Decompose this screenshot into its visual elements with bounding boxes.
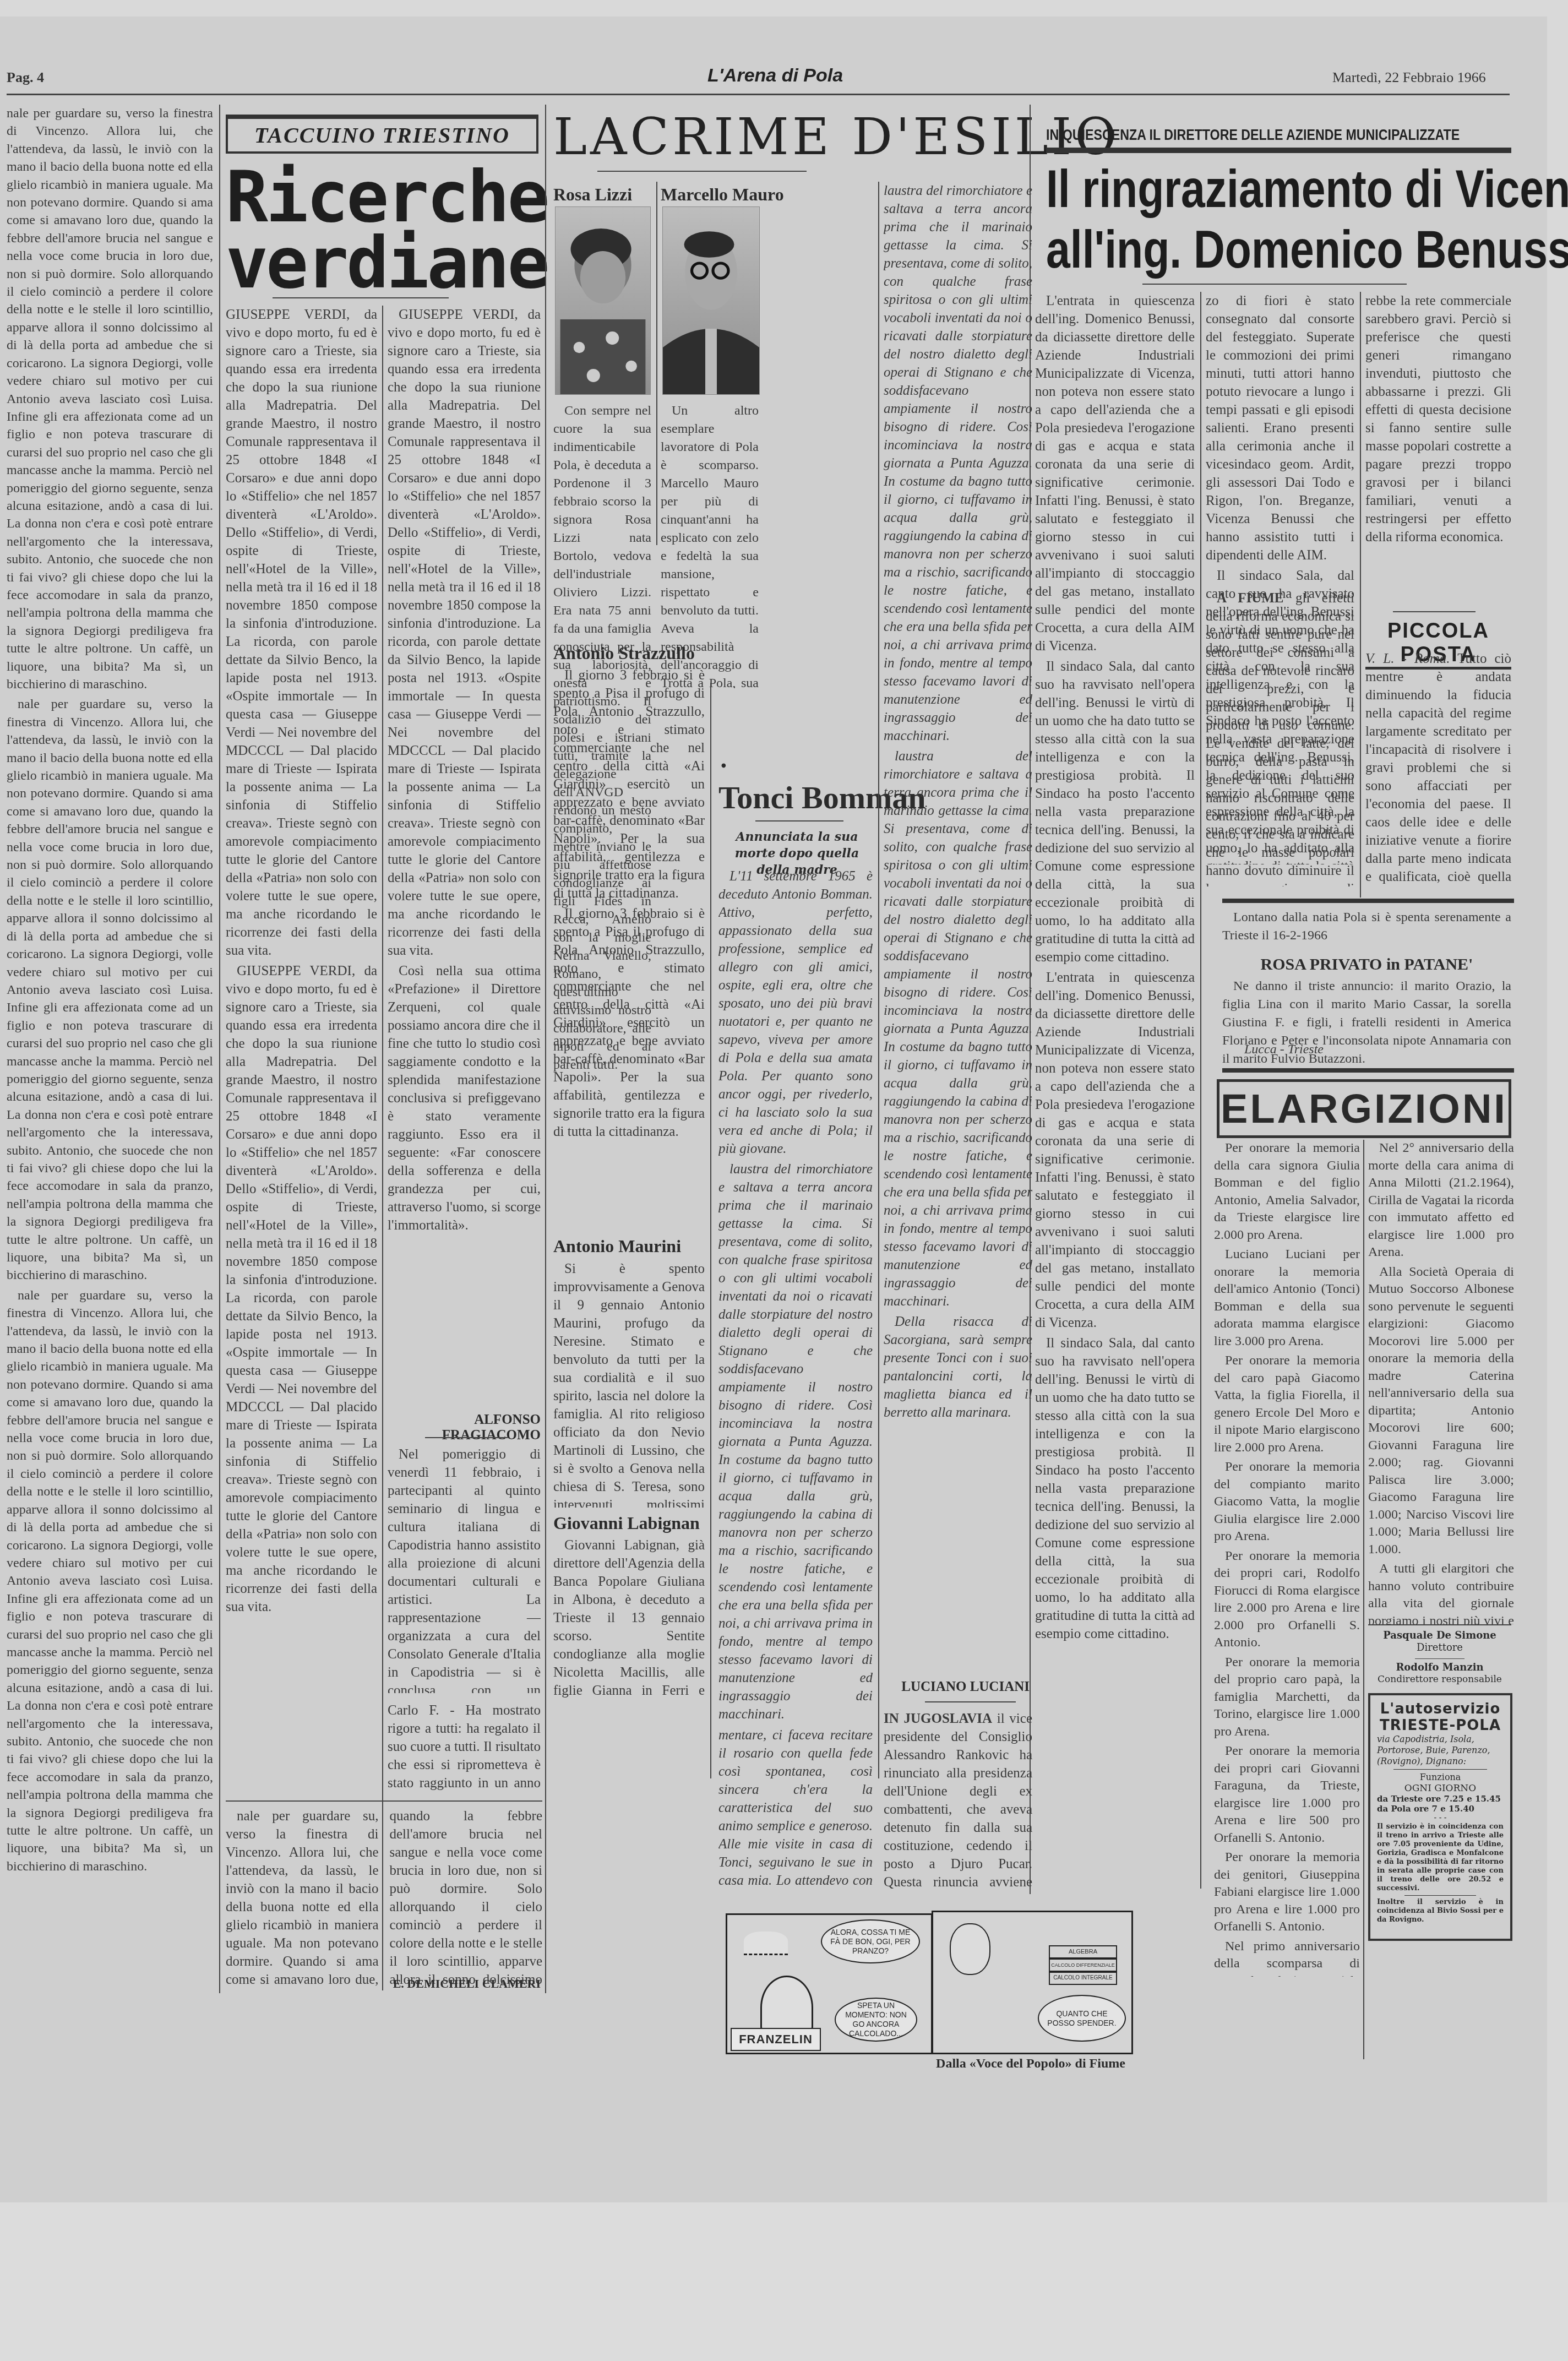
death-notice-intro: Lontano dalla natia Pola si è spenta ser… [1222,909,1511,947]
column-rule [1200,292,1201,1889]
thick-rule [1222,1068,1514,1073]
seminario-text: Nel pomeriggio di venerdì 11 febbraio, i… [388,1445,541,1693]
obit-heading-maurini: Antonio Maurini [553,1236,681,1256]
ad-title-2: TRIESTE-POLA [1377,1717,1504,1734]
tonci-bomman-end: mentare, ci faceva recitare il rosario c… [718,1726,873,1886]
obit-maurini: Si è spento improvvisamente a Genova il … [553,1260,705,1508]
column-rule [710,683,711,1778]
byline-luciani: LUCIANO LUCIANI [884,1679,1030,1695]
speech-bubble-3: QUANTO CHE POSSO SPENDER. [1038,1995,1126,2042]
headline-ricerche: Ricerche [226,165,548,230]
book-calcolo-integrale: CALCOLO INTEGRALE [1049,1972,1117,1985]
section-rule [226,1800,542,1802]
photo-marcello-mauro [662,206,760,395]
director-role: Direttore [1368,1642,1511,1653]
comic-signature: FRANZELIN [731,2028,821,2051]
speech-bubble-1: ALORA, COSSA TI ME FÀ DE BON, OGI, PER P… [821,1919,920,1963]
co-director-name: Rodolfo Manzin [1368,1662,1511,1673]
book-calcolo-differenziale: CALCOLO DIFFERENZIALE [1049,1959,1117,1972]
section-rule [1415,1658,1464,1659]
headline-rule [273,297,449,298]
photo-rosa-lizzi [555,206,651,395]
director-name: Pasquale De Simone [1368,1630,1511,1642]
headline-ringraziamento: Il ringraziamento di Vicenza [1046,160,1568,219]
death-notice-place: Lucca - Trieste [1244,1041,1464,1059]
thick-rule [1046,148,1511,153]
obit-heading-labignan: Giovanni Labignan [553,1513,700,1533]
story-continuation: nale per guardare su, verso la finestra … [7,105,213,1993]
comic-caption: Dalla «Voce del Popolo» di Fiume [932,2057,1130,2071]
page-number: Pag. 4 [7,69,44,86]
story-continuation-filler: nale per guardare su, verso la finestra … [7,695,213,1284]
section-kicker-taccuino: TACCUINO TRIESTINO [226,115,538,154]
tonci-bomman-text: L'11 settembre 1965 è deceduto Antonio B… [718,867,873,1726]
column-rule [878,182,879,1778]
death-notice-name: ROSA PRIVATO in PATANE' [1222,955,1511,974]
masthead: L'Arena di Pola [707,65,843,86]
column-rule [656,182,657,545]
taccuino-col1: GIUSEPPE VERDI, da vivo e dopo morto, fu… [226,306,377,1803]
column-rule [1030,105,1031,1894]
ad-note-1: Il servizio è in coincidenza con il tren… [1377,1823,1504,1893]
ad-title-1: L'autoservizio [1377,1701,1504,1717]
headline-lacrime-desilio: LACRIME D'ESILIO [553,107,1120,166]
headline-rule [597,171,807,172]
woman-figure-icon [950,1923,990,1975]
elargizioni-col1: Per onorare la memoria della cara signor… [1214,1140,1360,1977]
carlo-note: Carlo F. - Ha mostrato rigore a tutti: h… [388,1701,541,1795]
newspaper-page: Pag. 4 L'Arena di Pola Martedì, 22 Febbr… [0,17,1547,2202]
obit-strazzullo: Il giorno 3 febbraio si è spento a Pisa … [553,666,705,1222]
photo-caption-marcello-mauro: Marcello Mauro [661,184,784,205]
header-rule [7,94,1510,95]
piccola-posta-text: V. L. - Roma. Tutto ciò mentre è andata … [1365,650,1511,886]
jugoslavia-news: IN JUGOSLAVIA il vice presidente del Con… [884,1710,1032,1891]
co-director-role: Condirettore responsabile [1368,1674,1511,1685]
headline-benussi: all'ing. Domenico Benussi [1046,220,1568,280]
speech-bubble-2: SPETA UN MOMENTO: NON GO ANCORA CALCOLAD… [835,1998,917,2042]
section-rule [1368,1624,1511,1625]
ad-note-2: Inoltre il servizio è in coincidenza al … [1377,1898,1504,1924]
byline-demicheli: E. DEMICHELI CLAMERI [385,1977,541,1991]
column-rule [545,105,546,1993]
taccuino-col2: GIUSEPPE VERDI, da vivo e dopo morto, fu… [388,306,541,1352]
ad-from-trieste: da Trieste ore 7.25 e 15.45 [1377,1794,1504,1804]
byline-fragiacomo: ALFONSO FRAGIACOMO [388,1412,541,1443]
fiume-news: A FIUME gli effetti della riforma econom… [1206,589,1354,886]
comic-panel-1: ALORA, COSSA TI ME FÀ DE BON, OGI, PER P… [726,1913,933,2054]
column-rule [219,105,220,1993]
ad-route: via Capodistria, Isola, Portorose, Buie,… [1377,1734,1504,1767]
comic-panel-2: ALGEBRA CALCOLO DIFFERENZIALE CALCOLO IN… [932,1911,1133,2054]
background-surface [0,2202,1568,2361]
ad-from-pola: da Pola ore 7 e 15.40 [1377,1804,1504,1814]
column-rule [382,306,383,1990]
book-algebra: ALGEBRA [1049,1945,1117,1959]
ad-runs: Funziona [1377,1772,1504,1783]
photo-caption-rosa-lizzi: Rosa Lizzi [553,184,632,205]
elargizioni-title: ELARGIZIONI [1217,1079,1511,1138]
advertisement-autoservizio: L'autoservizio TRIESTE-POLA via Capodist… [1368,1693,1512,1941]
benussi-col1: L'entrata in quiescenza dell'ing. Domeni… [1035,292,1195,1861]
column-rule [1363,1140,1364,2059]
lamp-icon [744,1932,788,1955]
benussi-col3: rebbe la rete commerciale sarebbero grav… [1365,292,1511,584]
section-rule [925,1701,1016,1702]
section-kicker-benussi: IN QUIESCENZA IL DIRETTORE DELLE AZIENDE… [1046,127,1460,144]
section-rule [425,1437,508,1438]
headline-verdiane: verdiane [226,231,548,296]
headline-rule [1142,284,1407,285]
thick-rule [1222,899,1514,903]
issue-date: Martedì, 22 Febbraio 1966 [1332,69,1486,86]
section-rule [1393,611,1476,612]
headline-rule [755,820,843,822]
ad-every-day: OGNI GIORNO [1377,1783,1504,1794]
bullet-separator: ● [721,763,726,769]
obit-labignan: Giovanni Labignan, già direttore dell'Ag… [553,1536,705,1701]
elargizioni-col2: Nel 2° anniversario della morte della ca… [1368,1140,1514,1624]
column-rule [1360,292,1361,897]
tonci-bomman-col3: laustra del rimorchiatore e saltava a te… [884,182,1032,1624]
degiorgi-continuation: nale per guardare su, verso la finestra … [226,1807,542,1994]
obit-heading-strazzullo: Antonio Strazzullo [553,643,695,663]
